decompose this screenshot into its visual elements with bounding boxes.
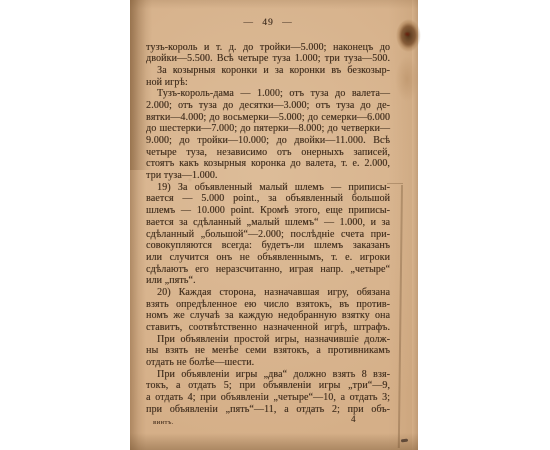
text-line: сдѣлаютъ его неразсчитанно, играя напр. … bbox=[146, 264, 390, 276]
text-line: ставитъ, соотвѣтственно назначенной игрѣ… bbox=[146, 322, 390, 334]
text-line: вятки—4.000; до восьмерки—5.000; до семе… bbox=[146, 112, 390, 124]
text-line: токъ, а отдать 5; при объявленіи игры „т… bbox=[146, 380, 390, 392]
text-line: ной игрѣ: bbox=[146, 77, 390, 89]
ink-stain bbox=[396, 19, 423, 52]
text-line: 19) За объявленный малый шлемъ — приписы… bbox=[146, 182, 390, 194]
footer-norm-title: винтъ. bbox=[153, 419, 174, 426]
page-edge-shadow-bottom bbox=[130, 433, 418, 450]
text-line: При объявленіи простой игры, назначившіе… bbox=[146, 334, 390, 346]
text-line: или „пять“. bbox=[146, 275, 390, 287]
text-line: совокупляются всегда: будетъ-ли шлемъ за… bbox=[146, 240, 390, 252]
ink-stain-halo bbox=[392, 50, 422, 108]
text-line: 2.000; отъ туза до десятки—3.000; отъ ту… bbox=[146, 100, 390, 112]
page-edge-shadow-top bbox=[130, 0, 418, 9]
text-line: или случится онъ не объявленнымъ, т. е. … bbox=[146, 252, 390, 264]
text-line: За козырныя коронки и за коронки въ безк… bbox=[146, 65, 390, 77]
text-line: номъ же случаѣ за каждую недобранную взя… bbox=[146, 310, 390, 322]
text-line: вается за сдѣланный „малый шлемъ“ — 1.00… bbox=[146, 217, 390, 229]
text-line: сдѣланный „большой“—2.000; послѣдніе сче… bbox=[146, 229, 390, 241]
text-line: вается — 5.000 point., за объявленный бо… bbox=[146, 193, 390, 205]
text-line: стоятъ какъ козырныя коронка до валета, … bbox=[146, 158, 390, 170]
text-line: двойки—5.500. Всѣ четыре туза 1.000; три… bbox=[146, 53, 390, 65]
text-line: до шестерки—7.000; до пятерки—8.000; до … bbox=[146, 123, 390, 135]
text-line: а отдать 4; при объявленіи „четыре“—10, … bbox=[146, 392, 390, 404]
text-line: ны взять не менѣе семи взятокъ, а против… bbox=[146, 345, 390, 357]
text-line: отдать не болѣе—шести. bbox=[146, 357, 390, 369]
footer-signature-number: 4 bbox=[351, 414, 356, 424]
text-line: взять опредѣленное ею число взятокъ, въ … bbox=[146, 299, 390, 311]
text-line: 9.000; до тройки—10.000; до двойки—11.00… bbox=[146, 135, 390, 147]
page-number-header: — 49 — bbox=[146, 18, 390, 28]
book-page-scan: — 49 — тузъ-король и т. д. до тройки—5.0… bbox=[130, 0, 418, 450]
body-text: тузъ-король и т. д. до тройки—5.000; нак… bbox=[146, 42, 390, 416]
text-line: тузъ-король и т. д. до тройки—5.000; нак… bbox=[146, 42, 390, 54]
text-line: При объявленіи игры „два“ должно взять 8… bbox=[146, 369, 390, 381]
text-line: Тузъ-король-дама — 1.000; отъ туза до ва… bbox=[146, 88, 390, 100]
text-line: три туза—1.000. bbox=[146, 170, 390, 182]
text-line: четыре туза, независимо отъ онерныхъ зап… bbox=[146, 147, 390, 159]
text-line: 20) Каждая сторона, назначавшая игру, об… bbox=[146, 287, 390, 299]
text-line: шлемъ — 10.000 point. Кромѣ этого, еще п… bbox=[146, 205, 390, 217]
